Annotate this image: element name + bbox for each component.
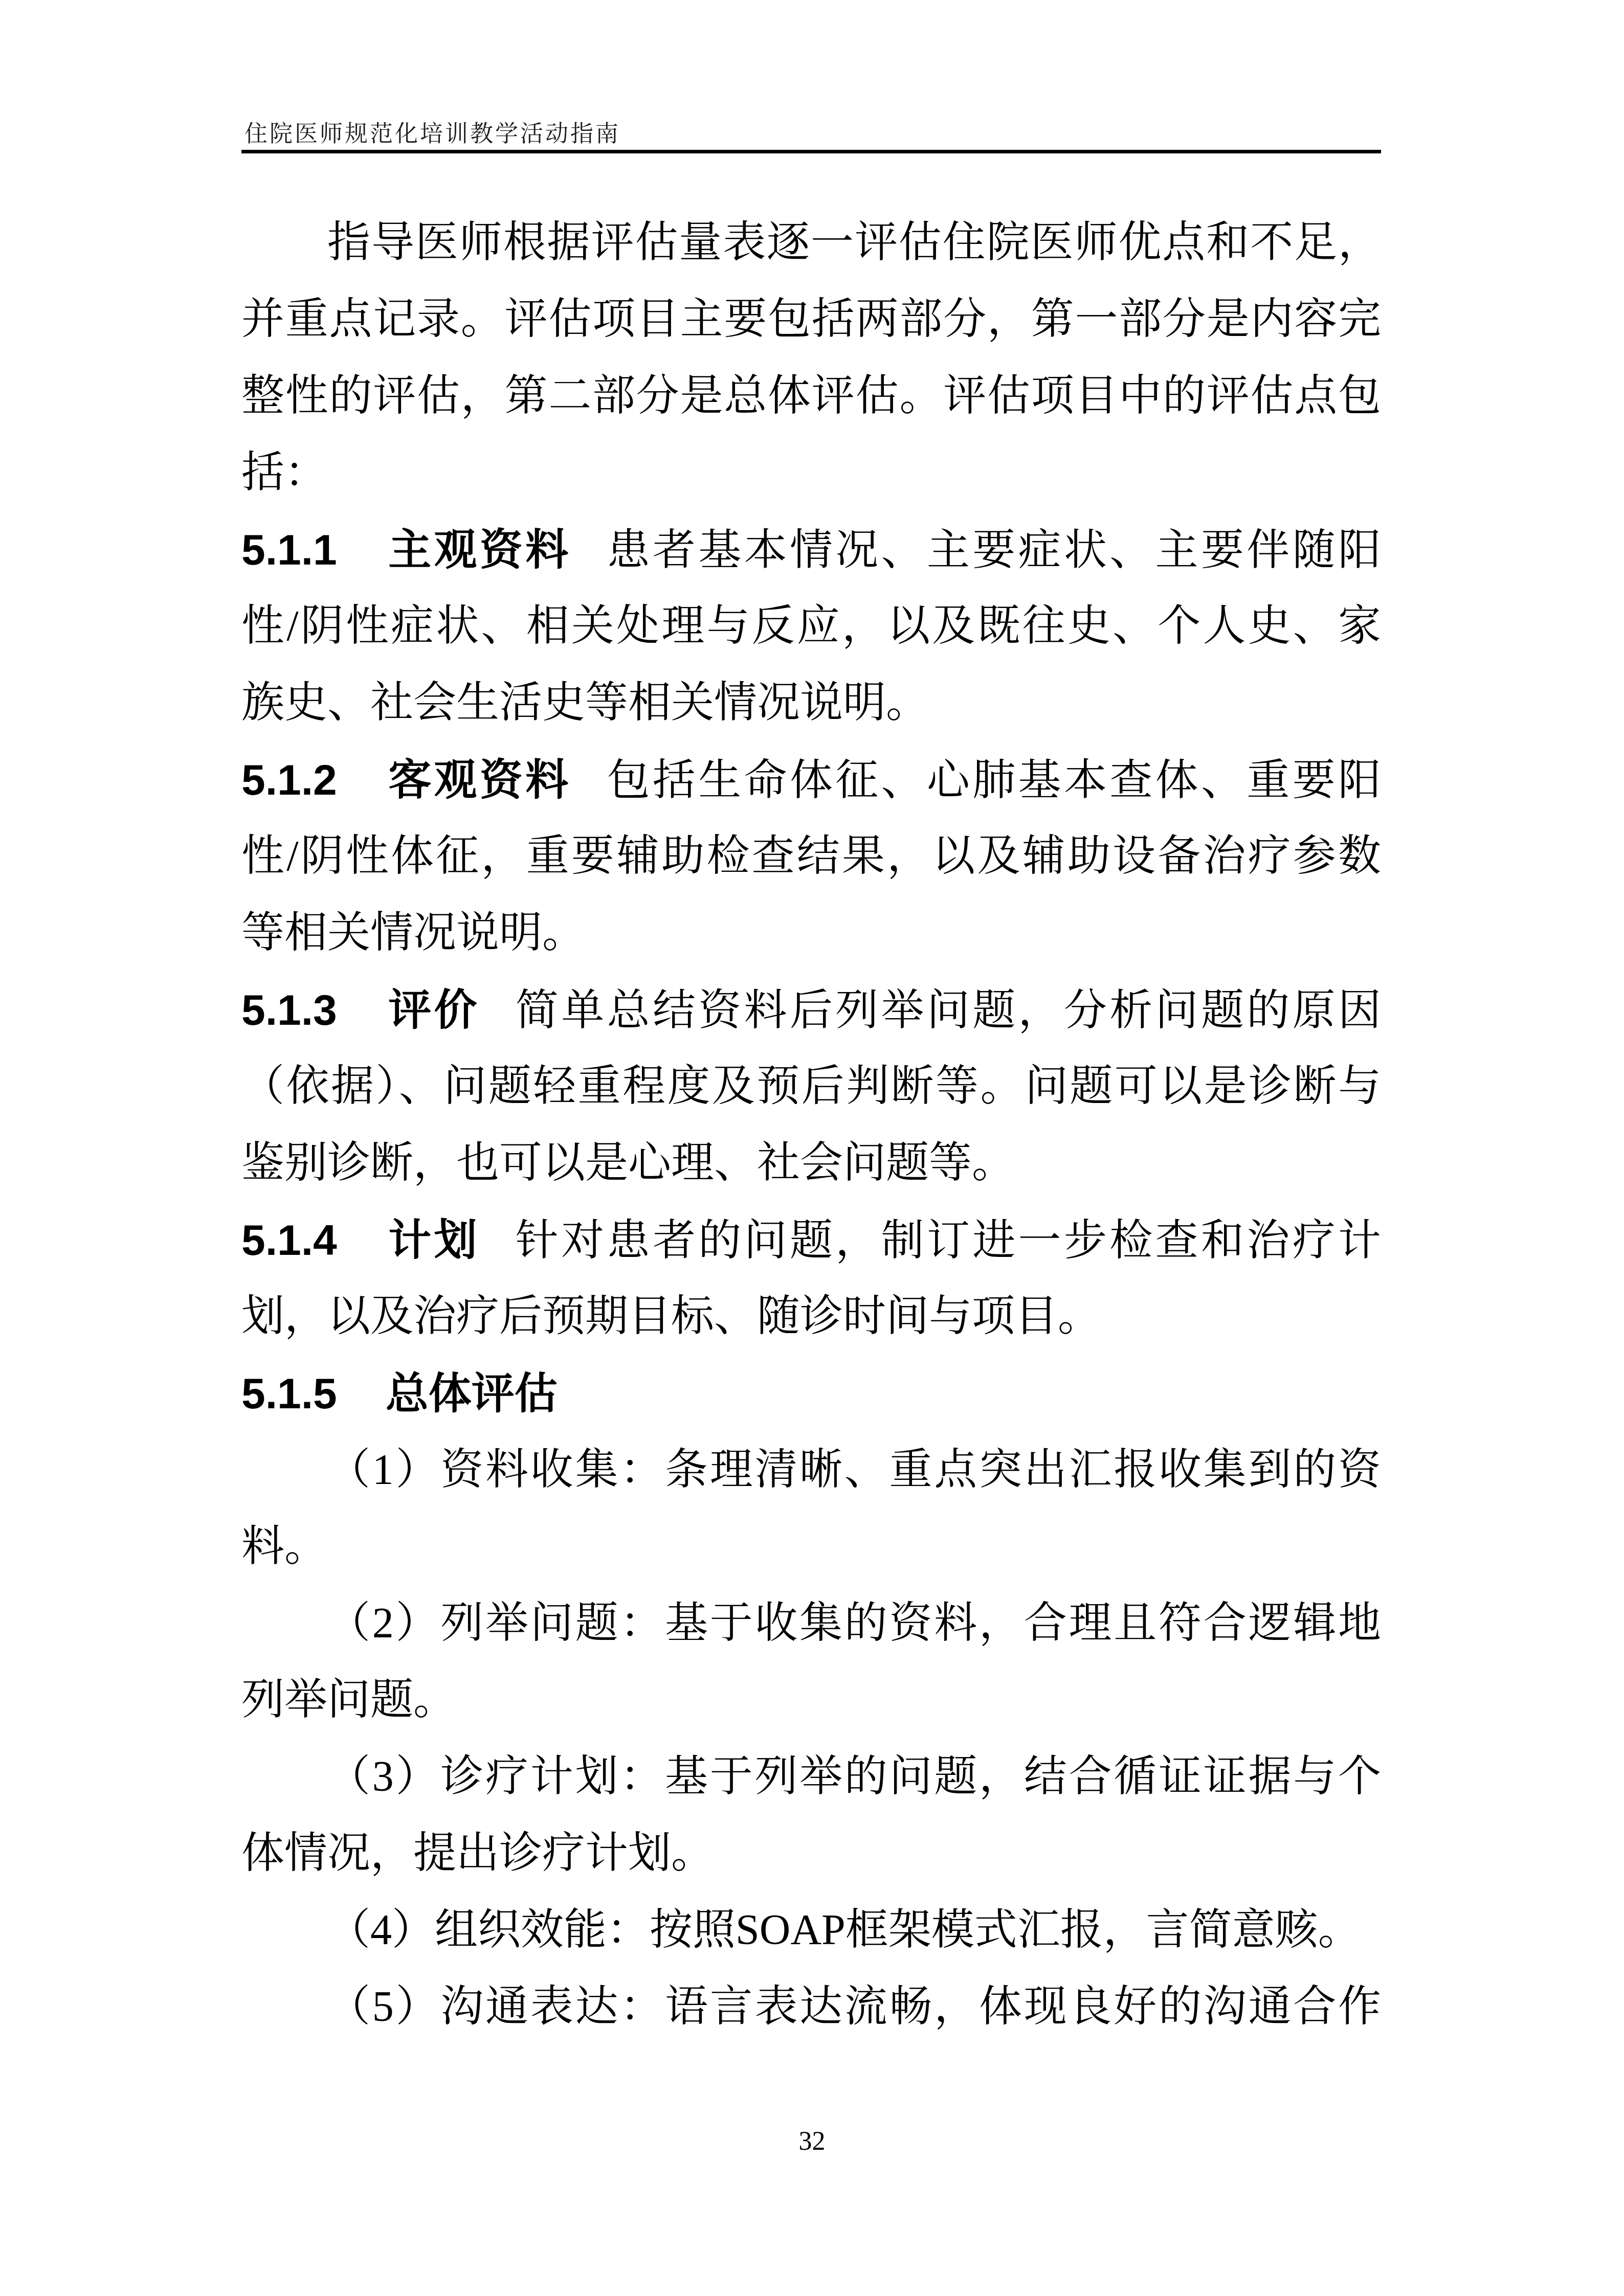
section-number: 5.1.1 xyxy=(241,526,337,574)
paragraph-line: 鉴别诊断，也可以是心理、社会问题等。 xyxy=(241,1125,1381,1202)
paragraph-line: 性/阴性症状、相关处理与反应，以及既往史、个人史、家 xyxy=(241,588,1381,665)
paragraph-line: 整性的评估，第二部分是总体评估。评估项目中的评估点包 xyxy=(241,358,1381,435)
running-header-title: 住院医师规范化培训教学活动指南 xyxy=(244,115,620,148)
section-text: 简单总结资料后列举问题，分析问题的原因 xyxy=(516,987,1381,1034)
section-number: 5.1.4 xyxy=(241,1216,337,1264)
section-heading-5-1-2: 5.1.2客观资料包括生命体征、心肺基本查体、重要阳 xyxy=(241,741,1381,818)
section-text: 针对患者的问题，制订进一步检查和治疗计 xyxy=(516,1217,1381,1265)
section-title: 计划 xyxy=(386,1216,480,1264)
section-title: 评价 xyxy=(386,986,480,1034)
list-item-line: （1）资料收集：条理清晰、重点突出汇报收集到的资 xyxy=(241,1432,1381,1509)
paragraph-line: 指导医师根据评估量表逐一评估住院医师优点和不足， xyxy=(241,205,1381,281)
list-item-line: 体情况，提出诊疗计划。 xyxy=(241,1815,1381,1892)
header-rule xyxy=(241,150,1381,153)
section-heading-5-1-5: 5.1.5总体评估 xyxy=(241,1355,1381,1432)
list-item-line: （5）沟通表达：语言表达流畅，体现良好的沟通合作 xyxy=(241,1969,1381,2045)
paragraph-line: 并重点记录。评估项目主要包括两部分，第一部分是内容完 xyxy=(241,281,1381,358)
paragraph-line: 划，以及治疗后预期目标、随诊时间与项目。 xyxy=(241,1278,1381,1355)
section-heading-5-1-3: 5.1.3评价简单总结资料后列举问题，分析问题的原因 xyxy=(241,972,1381,1048)
section-title: 主观资料 xyxy=(386,526,571,574)
section-number: 5.1.3 xyxy=(241,986,337,1034)
paragraph-line: 括： xyxy=(241,435,1381,511)
list-item-line: 料。 xyxy=(241,1509,1381,1585)
section-title: 总体评估 xyxy=(386,1369,558,1417)
list-item-line: （2）列举问题：基于收集的资料，合理且符合逻辑地 xyxy=(241,1585,1381,1662)
section-text: 包括生命体征、心肺基本查体、重要阳 xyxy=(607,757,1381,804)
paragraph-line: 族史、社会生活史等相关情况说明。 xyxy=(241,665,1381,741)
section-text: 患者基本情况、主要症状、主要伴随阳 xyxy=(607,527,1381,574)
document-page: 住院医师规范化培训教学活动指南 指导医师根据评估量表逐一评估住院医师优点和不足，… xyxy=(0,0,1624,2296)
list-item-line: 列举问题。 xyxy=(241,1662,1381,1739)
section-number: 5.1.5 xyxy=(241,1369,337,1417)
paragraph-line: 等相关情况说明。 xyxy=(241,895,1381,972)
section-number: 5.1.2 xyxy=(241,756,337,804)
document-body: 指导医师根据评估量表逐一评估住院医师优点和不足， 并重点记录。评估项目主要包括两… xyxy=(241,205,1381,2045)
page-number: 32 xyxy=(0,2126,1624,2156)
paragraph-line: （依据）、问题轻重程度及预后判断等。问题可以是诊断与 xyxy=(241,1048,1381,1125)
section-heading-5-1-4: 5.1.4计划针对患者的问题，制订进一步检查和治疗计 xyxy=(241,1202,1381,1278)
section-heading-5-1-1: 5.1.1主观资料患者基本情况、主要症状、主要伴随阳 xyxy=(241,511,1381,588)
section-title: 客观资料 xyxy=(386,756,571,804)
list-item-line: （3）诊疗计划：基于列举的问题，结合循证证据与个 xyxy=(241,1739,1381,1815)
list-item-line: （4）组织效能：按照SOAP框架模式汇报，言简意赅。 xyxy=(241,1892,1381,1969)
paragraph-line: 性/阴性体征，重要辅助检查结果，以及辅助设备治疗参数 xyxy=(241,818,1381,895)
